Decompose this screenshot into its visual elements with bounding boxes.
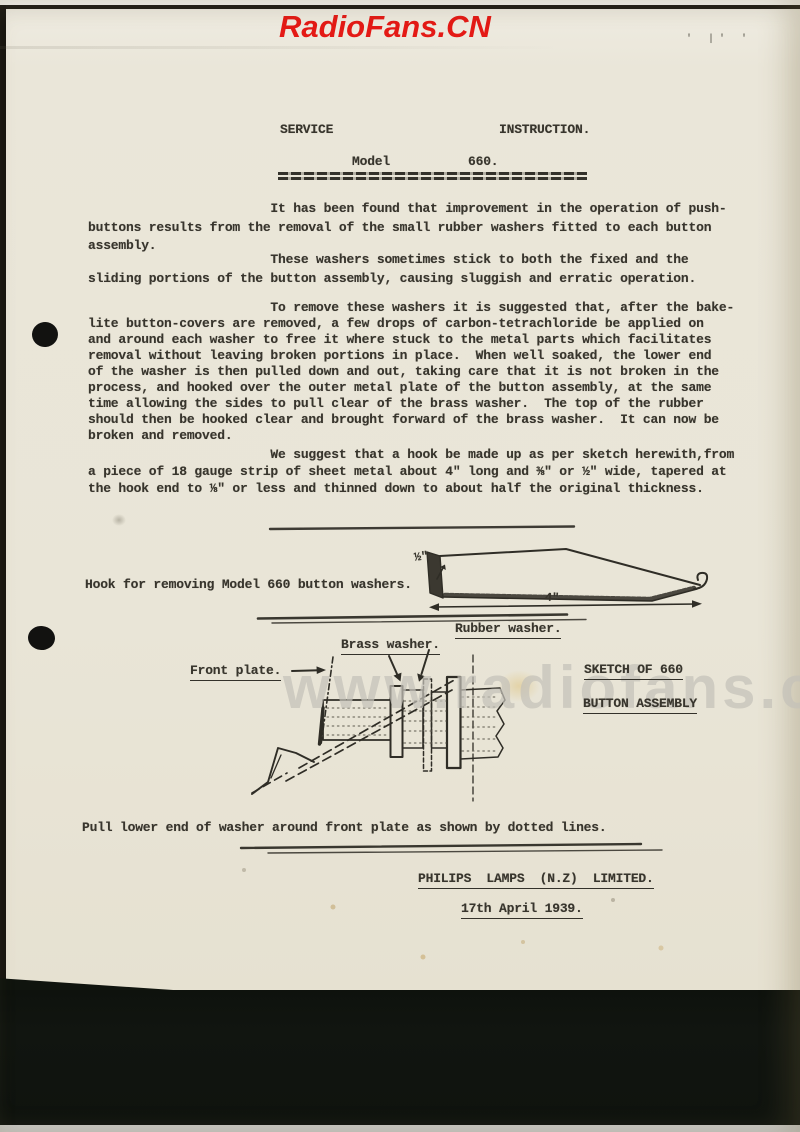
pen-rule-top	[270, 527, 574, 530]
pen-rule-bottom-2	[268, 850, 662, 853]
pen-rule-bottom-1	[241, 844, 641, 848]
pen-rule-mid-1	[258, 615, 567, 619]
model-label: Model	[352, 154, 390, 169]
paragraph-2: These washers sometimes stick to both th…	[88, 251, 696, 288]
four-inch-dimension: 4"	[545, 591, 560, 606]
length-dimension-line	[429, 600, 702, 611]
paragraph-3: To remove these washers it is suggested …	[88, 300, 734, 444]
half-inch-dimension: ½"	[413, 549, 428, 564]
scan-bottom-strip	[0, 1125, 800, 1132]
punch-hole-top	[30, 320, 59, 348]
company-name: PHILIPS LAMPS (N.Z) LIMITED.	[418, 871, 654, 889]
brass-washer-label: Brass washer.	[341, 637, 440, 655]
rubber-washer-label: Rubber washer.	[455, 621, 561, 639]
heading-instruction: INSTRUCTION.	[499, 122, 590, 137]
date-line: 17th April 1939.	[461, 901, 583, 919]
paper-specks	[0, 0, 2, 2]
sketch-title-line1: SKETCH OF 660	[584, 662, 683, 680]
paragraph-4: We suggest that a hook be made up as per…	[88, 446, 734, 497]
radiofans-grey-watermark: www.radiofans.c	[283, 653, 800, 722]
scan-black-area	[0, 990, 800, 1125]
scanned-service-sheet: RadioFans.CN ' |' ' SERVICE INSTRUCTION.…	[0, 0, 800, 1132]
stray-pen-marks: ' |' '	[686, 34, 752, 45]
radiofans-watermark: RadioFans.CN	[279, 9, 491, 45]
hook-caption: Hook for removing Model 660 button washe…	[85, 577, 412, 592]
sketch-title-line2: BUTTON ASSEMBLY	[583, 696, 697, 714]
model-number: 660.	[468, 154, 498, 169]
paper-crease	[0, 46, 560, 49]
title-double-rule	[278, 172, 587, 181]
hook-tool-drawing	[427, 549, 707, 601]
front-plate-label: Front plate.	[190, 663, 281, 681]
heading-service: SERVICE	[280, 122, 333, 137]
pull-note: Pull lower end of washer around front pl…	[82, 820, 607, 835]
paragraph-1: It has been found that improvement in th…	[88, 200, 727, 256]
